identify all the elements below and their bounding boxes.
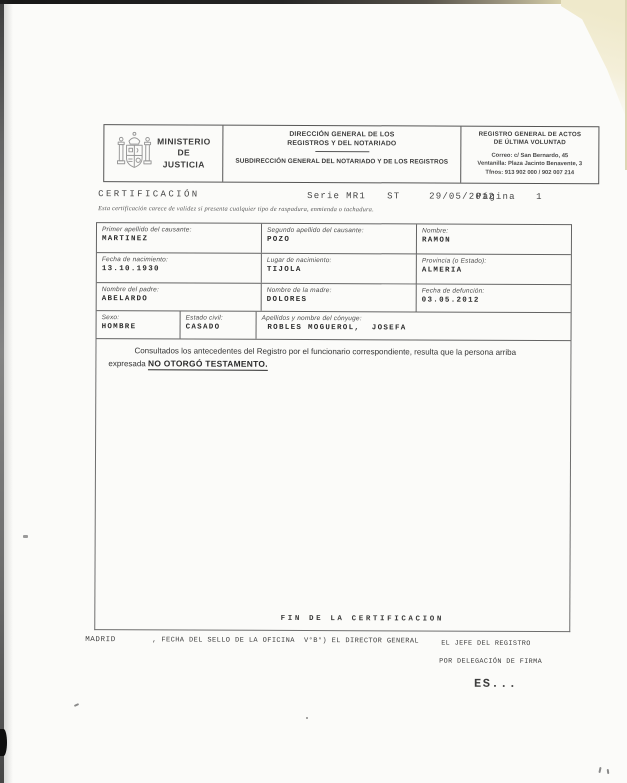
closing-jefe-registro: EL JEFE DEL REGISTRO (441, 640, 531, 648)
direccion-general-block: DIRECCIÓN GENERAL DE LOS REGISTROS Y DEL… (223, 126, 461, 183)
field-provincia: Provincia (o Estado): ALMERIA (417, 254, 571, 284)
field-value: HOMBRE (102, 323, 175, 331)
serie-label: Serie (307, 191, 340, 201)
registro-line1: REGISTRO GENERAL DE ACTOS (461, 131, 598, 140)
divider-rule (315, 151, 369, 152)
page-number: 1 (536, 192, 543, 202)
ministry-title: MINISTERIO DE JUSTICIA (157, 136, 211, 171)
field-lugar-nacimiento: Lugar de nacimiento: TIJOLA (262, 254, 417, 284)
registro-ventanilla: Ventanilla: Plaza Jacinto Benavente, 3 (461, 160, 598, 169)
closing-delegacion: POR DELEGACIÓN DE FIRMA (439, 658, 542, 666)
direccion-general-line2: REGISTROS Y DEL NOTARIADO (223, 139, 460, 149)
validity-disclaimer: Esta certificación carece de validez si … (98, 205, 374, 213)
spain-coat-of-arms-icon (116, 131, 152, 176)
field-label: Provincia (o Estado): (422, 257, 566, 265)
certification-statement: Consultados los antecedentes del Registr… (108, 345, 552, 372)
field-value: ALMERIA (422, 266, 566, 275)
field-label: Apellidos y nombre del cónyuge: (262, 315, 566, 323)
field-value: MARTINEZ (102, 235, 256, 244)
field-nombre-padre: Nombre del padre: ABELARDO (97, 283, 262, 311)
field-sexo: Sexo: HOMBRE (97, 311, 181, 338)
field-value: CASADO (186, 323, 251, 331)
table-row: Nombre del padre: ABELARDO Nombre de la … (97, 283, 571, 313)
closing-es-mark: ES... (474, 677, 518, 691)
registro-telefonos: Tfnos: 913 902 000 / 902 007 214 (461, 168, 598, 177)
registro-line2: DE ÚLTIMA VOLUNTAD (461, 139, 598, 148)
field-label: Sexo: (102, 314, 175, 321)
field-estado-civil: Estado civil: CASADO (181, 311, 257, 338)
ministry-line: DE (157, 148, 211, 160)
field-label: Segundo apellido del causante: (267, 227, 411, 235)
field-label: Fecha de defunción: (422, 287, 566, 295)
field-value: TIJOLA (267, 266, 411, 275)
ministry-line: MINISTERIO (157, 136, 211, 148)
letterhead: MINISTERIO DE JUSTICIA DIRECCIÓN GENERAL… (103, 124, 599, 184)
field-label: Primer apellido del causante: (102, 226, 256, 234)
ministry-line: JUSTICIA (157, 159, 211, 171)
certification-header-line: CERTIFICACIÓN Serie MR1 ST 29/05/2012 Pá… (0, 0, 627, 1)
field-value: RAMON (422, 236, 566, 245)
field-label: Nombre del padre: (102, 286, 256, 294)
serie-st: ST (387, 191, 400, 201)
field-value: ABELARDO (102, 295, 256, 304)
ministry-block: MINISTERIO DE JUSTICIA (104, 125, 223, 182)
field-conyuge: Apellidos y nombre del cónyuge: ROBLES M… (257, 312, 571, 340)
fin-de-la-certificacion: FIN DE LA CERTIFICACION (125, 614, 599, 624)
field-primer-apellido: Primer apellido del causante: MARTINEZ (97, 223, 262, 253)
closing-seal-line: , FECHA DEL SELLO DE LA OFICINA V°B°) EL… (152, 636, 419, 645)
certificate-sheet: MINISTERIO DE JUSTICIA DIRECCIÓN GENERAL… (0, 0, 627, 783)
page-label: Página (476, 192, 516, 202)
subdireccion-line: SUBDIRECCIÓN GENERAL DEL NOTARIADO Y DE … (223, 157, 460, 165)
field-label: Lugar de nacimiento: (267, 257, 411, 265)
field-nombre: Nombre: RAMON (417, 224, 571, 254)
serie-value: MR1 (346, 191, 366, 201)
field-label: Fecha de nacimiento: (102, 256, 256, 264)
table-row: Primer apellido del causante: MARTINEZ S… (97, 223, 571, 255)
scanned-certificate-page: { "document_type": "scanned-certificate"… (0, 0, 627, 783)
registro-contact: Correo: c/ San Bernardo, 45 Ventanilla: … (461, 151, 598, 177)
table-row: Fecha de nacimiento: 13.10.1930 Lugar de… (97, 253, 571, 285)
field-value: 03.05.2012 (422, 296, 566, 305)
certification-body-box: Consultados los antecedentes del Registr… (94, 336, 571, 632)
field-segundo-apellido: Segundo apellido del causante: POZO (262, 224, 417, 254)
field-fecha-nacimiento: Fecha de nacimiento: 13.10.1930 (97, 253, 262, 283)
field-label: Nombre de la madre: (267, 287, 411, 295)
field-value: POZO (267, 236, 411, 245)
signature-block: MADRID , FECHA DEL SELLO DE LA OFICINA V… (0, 0, 627, 1)
field-label: Estado civil: (186, 314, 251, 321)
field-fecha-defuncion: Fecha de defunción: 03.05.2012 (417, 284, 571, 312)
registro-general-block: REGISTRO GENERAL DE ACTOS DE ÚLTIMA VOLU… (461, 127, 598, 184)
closing-city: MADRID (85, 636, 116, 644)
field-value: ROBLES MOGUEROL, JOSEFA (262, 324, 566, 333)
field-value: 13.10.1930 (102, 265, 256, 274)
field-label: Nombre: (422, 227, 566, 235)
deceased-data-table: Primer apellido del causante: MARTINEZ S… (96, 222, 573, 341)
statement-resolution: NO OTORGÓ TESTAMENTO. (148, 358, 268, 369)
certification-title: CERTIFICACIÓN (98, 189, 199, 199)
field-value: DOLORES (267, 296, 411, 305)
field-nombre-madre: Nombre de la madre: DOLORES (262, 284, 417, 312)
